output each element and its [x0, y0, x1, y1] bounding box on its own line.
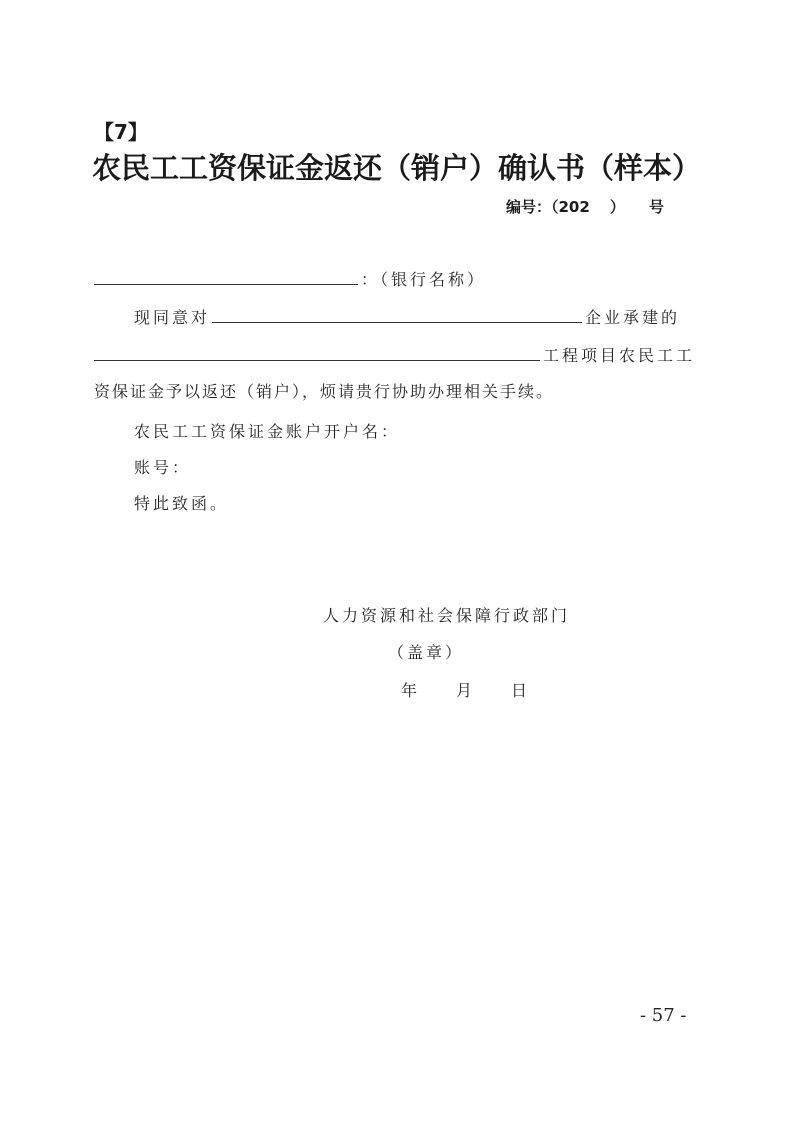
serial-suffix: 号	[649, 198, 664, 216]
project-name-blank[interactable]	[94, 344, 540, 361]
document-serial-number: 编号：（202）号	[506, 196, 664, 218]
account-name-label: 农民工工资保证金账户开户名：	[134, 420, 400, 444]
date-month: 月	[456, 679, 475, 703]
company-name-blank[interactable]	[212, 306, 582, 323]
agree-prefix: 现同意对	[134, 308, 210, 327]
seal-label: （盖章）	[388, 641, 464, 665]
date-day: 日	[511, 679, 530, 703]
document-title: 农民工工资保证金返还（销户）确认书（样本）	[92, 146, 701, 190]
serial-label: 编号：（202	[506, 198, 590, 216]
serial-close-paren: ）	[610, 198, 625, 216]
agreement-row: 现同意对企业承建的	[134, 306, 680, 330]
closing-remark: 特此致函。	[134, 492, 229, 516]
bank-name-row: ：（银行名称）	[94, 268, 486, 292]
bank-name-label: ：（银行名称）	[361, 270, 486, 289]
signing-department: 人力资源和社会保障行政部门	[323, 604, 570, 628]
form-number-tag: 【7】	[94, 118, 148, 146]
bank-name-blank[interactable]	[94, 268, 358, 285]
agree-suffix: 企业承建的	[585, 308, 680, 327]
page-number: - 57 -	[640, 1004, 687, 1028]
project-suffix: 工程项目农民工工	[543, 346, 695, 365]
project-row: 工程项目农民工工	[94, 344, 695, 368]
deposit-sentence: 资保证金予以返还（销户），烦请贵行协助办理相关手续。	[94, 380, 554, 404]
account-number-label: 账号：	[134, 456, 191, 480]
date-line: 年月日	[401, 679, 530, 703]
date-year: 年	[401, 679, 420, 703]
